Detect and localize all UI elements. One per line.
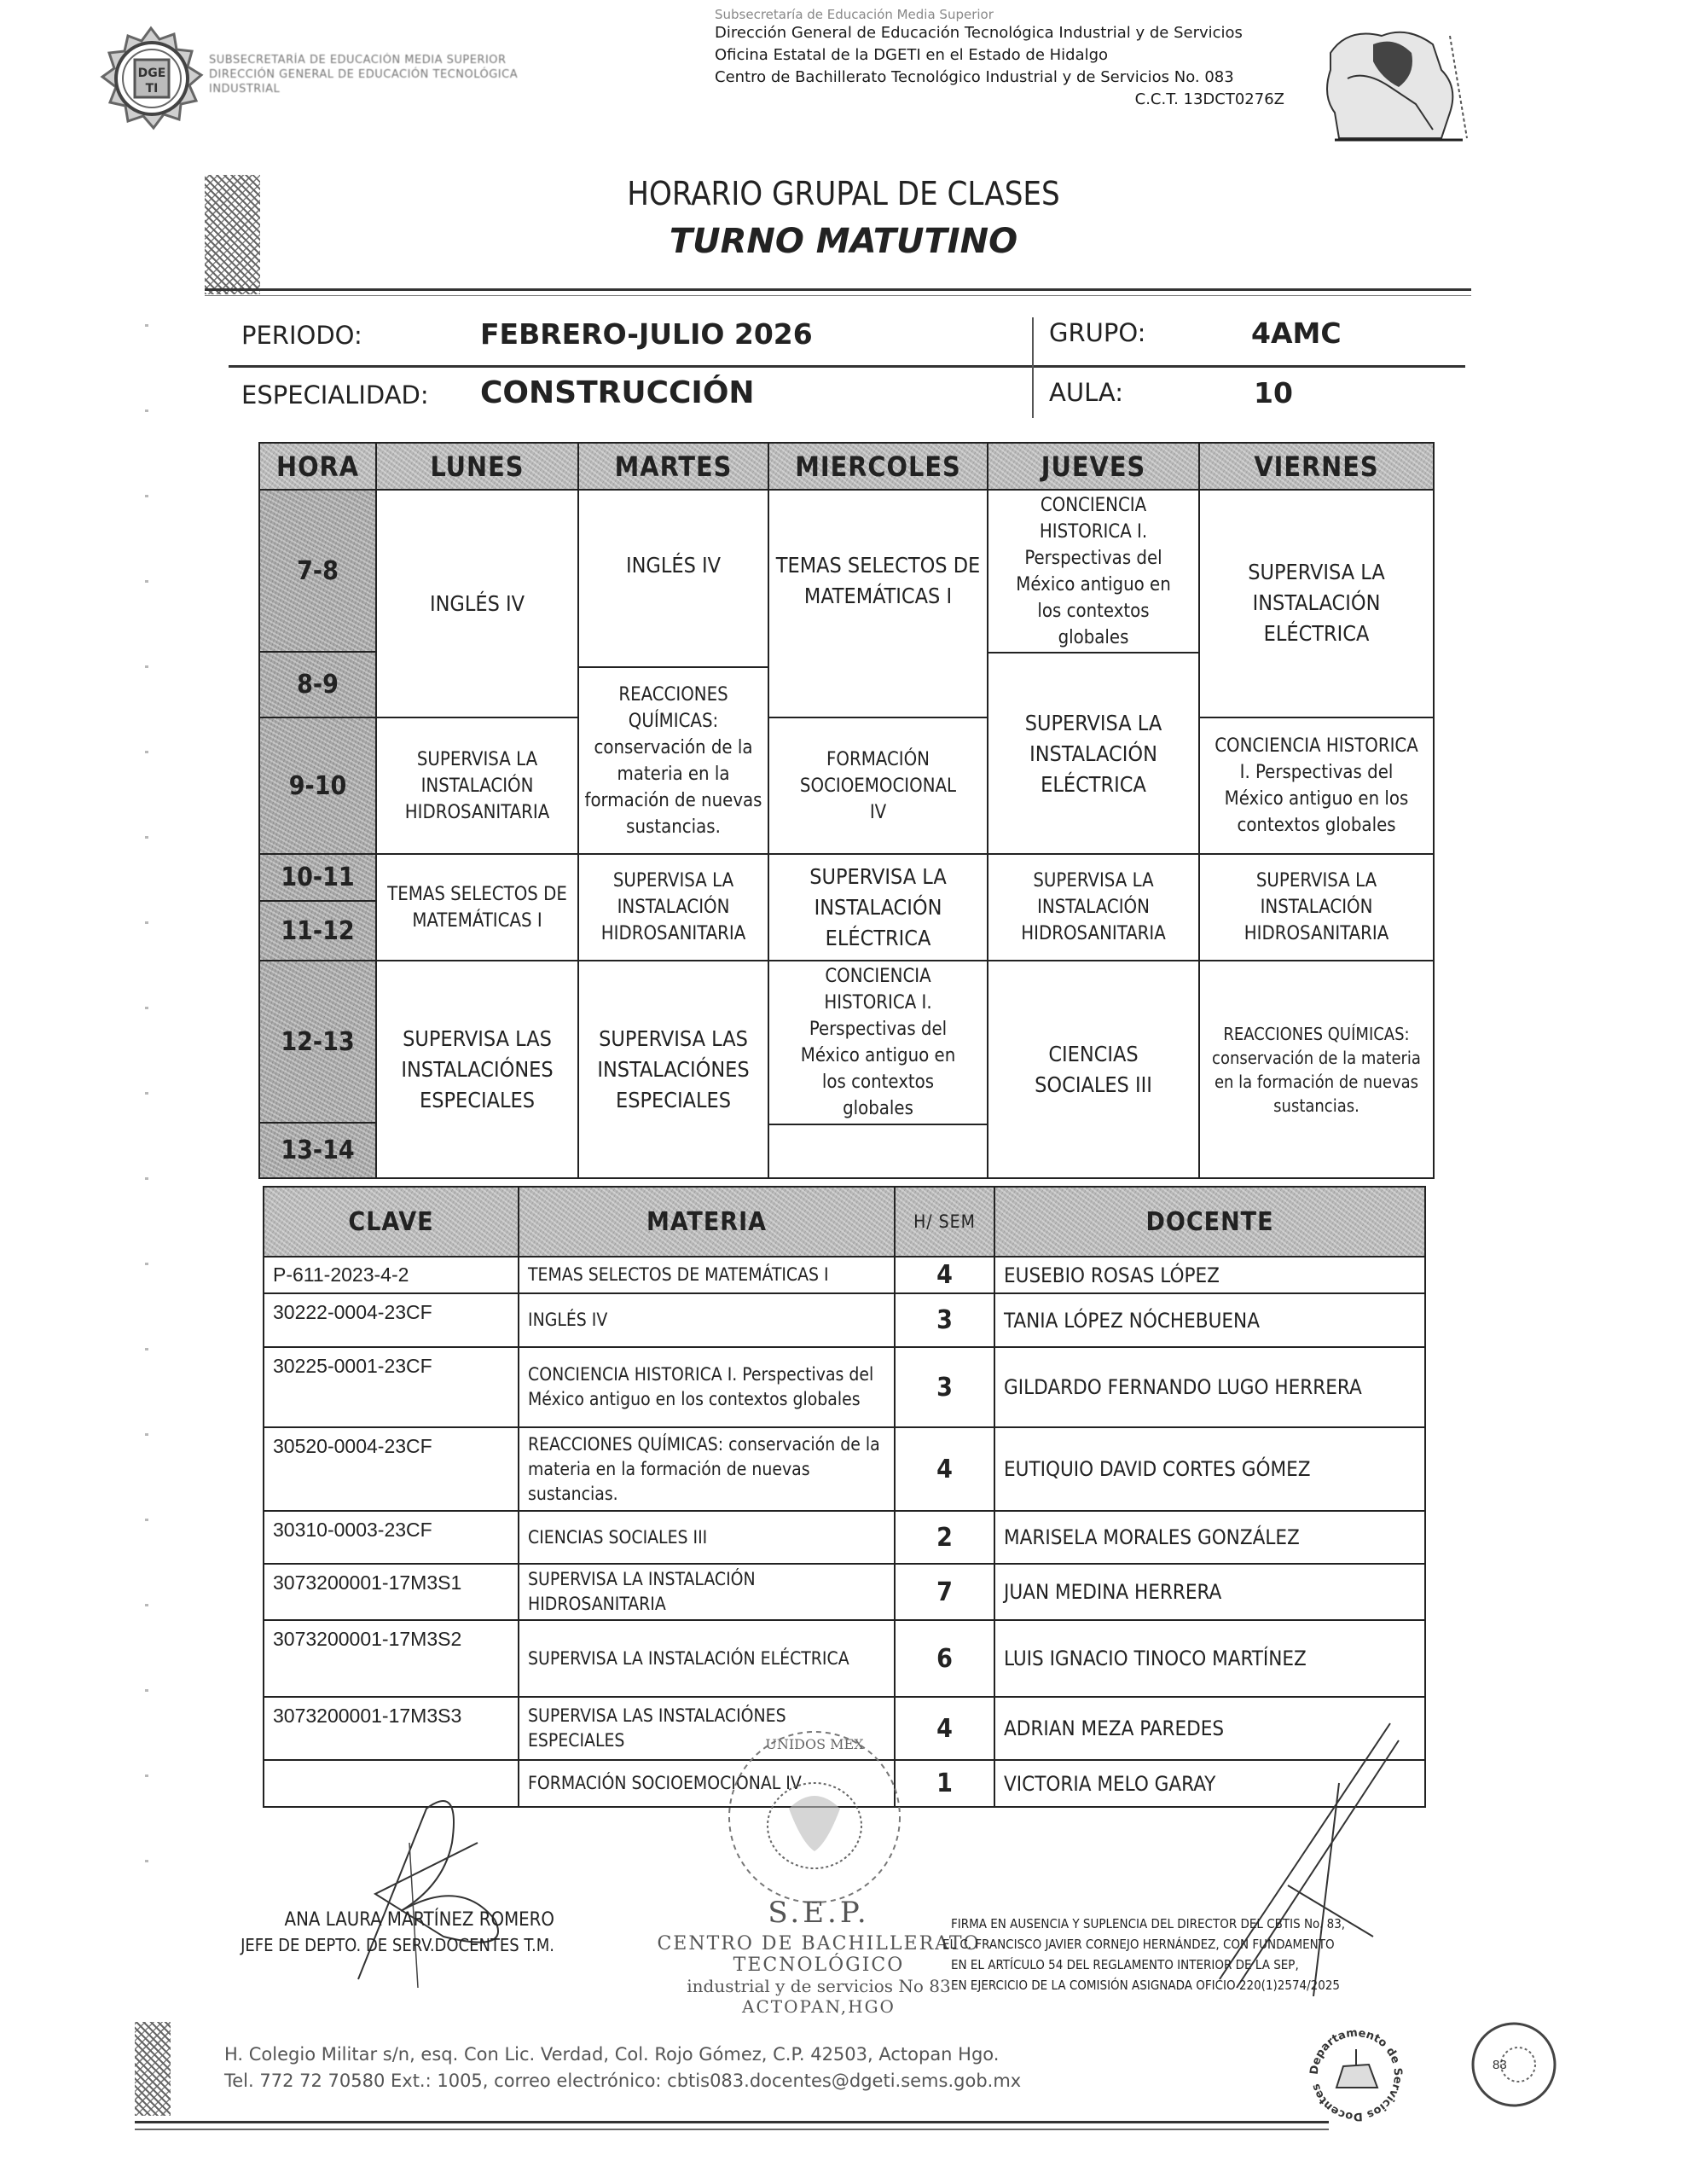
viernes-12-14: REACCIONES QUÍMICAS: conservación de la … <box>1198 960 1435 1179</box>
signature-left <box>324 1792 546 1996</box>
hour-7-8: 7-8 <box>258 489 377 653</box>
header-docente: DOCENTE <box>994 1186 1426 1258</box>
subject-clave: 3073200001-17M3S2 <box>263 1619 519 1698</box>
lunes-12-14: SUPERVISA LAS INSTALACIÓNES ESPECIALES <box>375 960 579 1179</box>
lunes-7-9: INGLÉS IV <box>375 489 579 718</box>
aula-value: 10 <box>1254 376 1293 409</box>
footer-phone-email: Tel. 772 72 70580 Ext.: 1005, correo ele… <box>224 2068 1162 2094</box>
schedule-table: HORA LUNES MARTES MIERCOLES JUEVES VIERN… <box>258 442 1435 1179</box>
decorative-ornament-footer <box>135 2022 171 2116</box>
miercoles-10-12: SUPERVISA LA INSTALACIÓN ELÉCTRICA <box>768 853 988 961</box>
header-martes: MARTES <box>577 442 769 491</box>
header-hora: HORA <box>258 442 377 491</box>
left-org-line-1: SUBSECRETARÍA DE EDUCACIÓN MEDIA SUPERIO… <box>209 53 567 67</box>
miercoles-9-10: FORMACIÓN SOCIOEMOCIONAL IV <box>768 717 988 855</box>
info-divider <box>229 365 1465 368</box>
title-divider <box>205 288 1471 296</box>
header-materia: MATERIA <box>518 1186 896 1258</box>
subject-materia: SUPERVISA LA INSTALACIÓN HIDROSANITARIA <box>518 1563 896 1621</box>
cbtis-mascot-logo-icon <box>1313 19 1484 147</box>
jueves-10-12: SUPERVISA LA INSTALACIÓN HIDROSANITARIA <box>987 853 1200 961</box>
subject-hours: 4 <box>894 1256 995 1294</box>
lunes-10-12: TEMAS SELECTOS DE MATEMÁTICAS I <box>375 853 579 961</box>
jueves-8-10: SUPERVISA LA INSTALACIÓN ELÉCTRICA <box>987 652 1200 855</box>
left-org-text: SUBSECRETARÍA DE EDUCACIÓN MEDIA SUPERIO… <box>209 53 567 96</box>
subject-docente: GILDARDO FERNANDO LUGO HERRERA <box>994 1346 1426 1428</box>
viernes-7-9: SUPERVISA LA INSTALACIÓN ELÉCTRICA <box>1198 489 1435 718</box>
signature-note: FIRMA EN AUSENCIA Y SUPLENCIA DEL DIRECT… <box>942 1914 1471 1995</box>
org-line-3: Centro de Bachillerato Tecnológico Indus… <box>715 67 1286 89</box>
header-jueves: JUEVES <box>987 442 1200 491</box>
subject-docente: EUTIQUIO DAVID CORTES GÓMEZ <box>994 1426 1426 1512</box>
hour-8-9: 8-9 <box>258 651 377 718</box>
stamp-number: 83 <box>1493 2058 1507 2072</box>
hour-12-13: 12-13 <box>258 960 377 1124</box>
subject-docente: JUAN MEDINA HERRERA <box>994 1563 1426 1621</box>
jueves-7-8: CONCIENCIA HISTORICA I. Perspectivas del… <box>987 489 1200 653</box>
subject-clave: P-611-2023-4-2 <box>263 1256 519 1294</box>
cct-code: C.C.T. 13DCT0276Z <box>715 89 1286 111</box>
cbtis-stamp-icon: 83 <box>1467 2018 1561 2111</box>
subject-hours: 3 <box>894 1346 995 1428</box>
dgeti-gear-logo-icon: DGE TI <box>96 24 206 135</box>
svg-text:TI: TI <box>146 82 159 96</box>
subject-materia: INGLÉS IV <box>518 1292 896 1348</box>
miercoles-7-9: TEMAS SELECTOS DE MATEMÁTICAS I <box>768 489 988 718</box>
shift-title: TURNO MATUTINO <box>0 222 1687 261</box>
subject-hours: 2 <box>894 1510 995 1565</box>
note-line-2: EL C. FRANCISCO JAVIER CORNEJO HERNÁNDEZ… <box>942 1934 1471 1955</box>
header-miercoles: MIERCOLES <box>768 442 988 491</box>
martes-7-8: INGLÉS IV <box>577 489 769 668</box>
org-line-0: Subsecretaría de Educación Media Superio… <box>715 9 1286 22</box>
national-seal-icon: UNIDOS MEX <box>708 1723 921 1920</box>
martes-8-10: REACCIONES QUÍMICAS: conservación de la … <box>577 666 769 855</box>
stamp-line-1: CENTRO DE BACHILLERATO <box>657 1933 981 1955</box>
subject-clave: 30225-0001-23CF <box>263 1346 519 1428</box>
signer-role: JEFE DE DEPTO. DE SERV.DOCENTES T.M. <box>196 1935 554 1955</box>
martes-10-12: SUPERVISA LA INSTALACIÓN HIDROSANITARIA <box>577 853 769 961</box>
subject-materia: SUPERVISA LA INSTALACIÓN ELÉCTRICA <box>518 1619 896 1698</box>
subject-materia: CIENCIAS SOCIALES III <box>518 1510 896 1565</box>
scan-margin-dots <box>145 324 148 1945</box>
grupo-value: 4AMC <box>1251 317 1342 350</box>
header-lunes: LUNES <box>375 442 579 491</box>
header-clave: CLAVE <box>263 1186 519 1258</box>
subject-clave: 3073200001-17M3S1 <box>263 1563 519 1621</box>
especialidad-label: ESPECIALIDAD: <box>241 380 429 409</box>
header-hsem: H/ SEM <box>894 1186 995 1258</box>
footer-divider <box>135 2121 1329 2130</box>
periodo-label: PERIODO: <box>241 321 362 350</box>
viernes-10-12: SUPERVISA LA INSTALACIÓN HIDROSANITARIA <box>1198 853 1435 961</box>
lunes-9-10: SUPERVISA LA INSTALACIÓN HIDROSANITARIA <box>375 717 579 855</box>
subject-hours: 4 <box>894 1426 995 1512</box>
aula-label: AULA: <box>1049 378 1123 407</box>
stamp-line-3: industrial y de servicios No 83 <box>657 1976 981 1996</box>
signer-name: ANA LAURA MARTÍNEZ ROMERO <box>196 1909 554 1931</box>
subject-docente: LUIS IGNACIO TINOCO MARTÍNEZ <box>994 1619 1426 1698</box>
stamp-sep: S.E.P. <box>657 1896 981 1930</box>
hour-11-12: 11-12 <box>258 900 377 961</box>
hour-9-10: 9-10 <box>258 717 377 855</box>
org-line-1: Dirección General de Educación Tecnológi… <box>715 22 1286 44</box>
sep-stamp: S.E.P. CENTRO DE BACHILLERATO TECNOLÓGIC… <box>657 1896 981 2017</box>
subject-hours: 3 <box>894 1292 995 1348</box>
subject-materia: CONCIENCIA HISTORICA I. Perspectivas del… <box>518 1346 896 1428</box>
subject-clave: 30520-0004-23CF <box>263 1426 519 1512</box>
header-viernes: VIERNES <box>1198 442 1435 491</box>
periodo-value: FEBRERO-JULIO 2026 <box>480 317 813 351</box>
hour-13-14: 13-14 <box>258 1122 377 1179</box>
viernes-9-10: CONCIENCIA HISTORICA I. Perspectivas del… <box>1198 717 1435 855</box>
info-vertical-divider <box>1032 317 1034 418</box>
note-line-3: EN EL ARTÍCULO 54 DEL REGLAMENTO INTERIO… <box>942 1955 1471 1975</box>
jueves-12-14: CIENCIAS SOCIALES III <box>987 960 1200 1179</box>
miercoles-12-13: CONCIENCIA HISTORICA I. Perspectivas del… <box>768 960 988 1125</box>
svg-text:DGE: DGE <box>138 67 166 80</box>
footer-contact: H. Colegio Militar s/n, esq. Con Lic. Ve… <box>224 2042 1162 2094</box>
subject-hours: 7 <box>894 1563 995 1621</box>
martes-12-14: SUPERVISA LAS INSTALACIÓNES ESPECIALES <box>577 960 769 1179</box>
svg-text:UNIDOS MEX: UNIDOS MEX <box>765 1736 864 1752</box>
subject-materia: REACCIONES QUÍMICAS: conservación de la … <box>518 1426 896 1512</box>
org-header: Subsecretaría de Educación Media Superio… <box>715 9 1286 111</box>
stamp-line-4: ACTOPAN,HGO <box>657 1996 981 2017</box>
grupo-label: GRUPO: <box>1049 318 1145 347</box>
footer-address: H. Colegio Militar s/n, esq. Con Lic. Ve… <box>224 2042 1162 2068</box>
org-line-2: Oficina Estatal de la DGETI en el Estado… <box>715 44 1286 67</box>
subject-clave: 30222-0004-23CF <box>263 1292 519 1348</box>
subject-docente: EUSEBIO ROSAS LÓPEZ <box>994 1256 1426 1294</box>
left-org-line-2: DIRECCIÓN GENERAL DE EDUCACIÓN TECNOLÓGI… <box>209 67 567 96</box>
subject-clave: 30310-0003-23CF <box>263 1510 519 1565</box>
note-line-1: FIRMA EN AUSENCIA Y SUPLENCIA DEL DIRECT… <box>942 1914 1471 1934</box>
hour-10-11: 10-11 <box>258 853 377 902</box>
page-title: HORARIO GRUPAL DE CLASES <box>0 175 1687 212</box>
department-stamp-icon: Departamento de Servicios Docentes <box>1301 2015 1412 2126</box>
especialidad-value: CONSTRUCCIÓN <box>480 375 755 410</box>
miercoles-13-14 <box>768 1124 988 1179</box>
subject-docente: TANIA LÓPEZ NÓCHEBUENA <box>994 1292 1426 1348</box>
subject-docente: MARISELA MORALES GONZÁLEZ <box>994 1510 1426 1565</box>
stamp-line-2: TECNOLÓGICO <box>657 1955 981 1976</box>
subject-hours: 6 <box>894 1619 995 1698</box>
subject-clave: 3073200001-17M3S3 <box>263 1696 519 1761</box>
subject-materia: TEMAS SELECTOS DE MATEMÁTICAS I <box>518 1256 896 1294</box>
note-line-4: EN EJERCICIO DE LA COMISIÓN ASIGNADA OFI… <box>942 1975 1471 1995</box>
